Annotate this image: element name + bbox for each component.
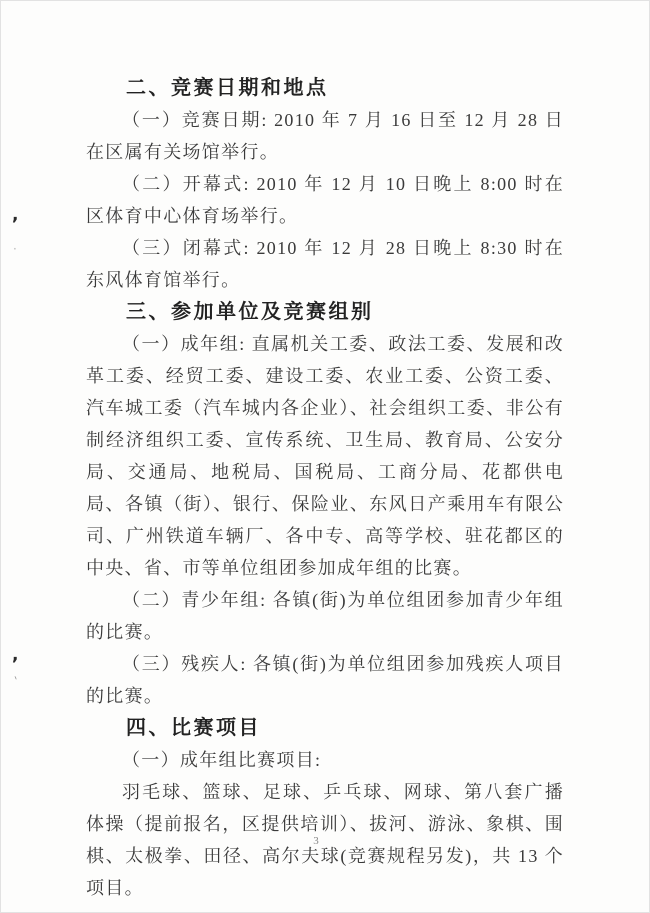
margin-ink-tick: ˋ	[9, 676, 20, 690]
paragraph: （三）残疾人: 各镇(街)为单位组团参加残疾人项目的比赛。	[86, 648, 564, 712]
scanned-document-page: { "page": { "number": "3", "margin_marks…	[0, 0, 650, 913]
paragraph: （二）青少年组: 各镇(街)为单位组团参加青少年组的比赛。	[86, 584, 564, 648]
section-heading-2: 二、竞赛日期和地点	[86, 72, 564, 104]
margin-ink-mark: ,	[12, 647, 18, 664]
section-heading-3: 三、参加单位及竞赛组别	[86, 296, 564, 328]
paragraph: （一）成年组比赛项目:	[86, 744, 564, 776]
paragraph: （二）开幕式: 2010 年 12 月 10 日晚上 8:00 时在区体育中心体…	[86, 168, 564, 232]
paragraph: （三）闭幕式: 2010 年 12 月 28 日晚上 8:30 时在东风体育馆举…	[86, 232, 564, 296]
paragraph: （一）成年组: 直属机关工委、政法工委、发展和改革工委、经贸工委、建设工委、农业…	[86, 328, 564, 584]
page-number: 3	[1, 835, 631, 847]
margin-ink-dot: ·	[13, 243, 17, 255]
section-heading-4: 四、比赛项目	[86, 712, 564, 744]
document-body: 二、竞赛日期和地点 （一）竞赛日期: 2010 年 7 月 16 日至 12 月…	[86, 72, 564, 904]
paragraph: （一）竞赛日期: 2010 年 7 月 16 日至 12 月 28 日在区属有关…	[86, 104, 564, 168]
margin-ink-mark: ,	[12, 207, 18, 224]
